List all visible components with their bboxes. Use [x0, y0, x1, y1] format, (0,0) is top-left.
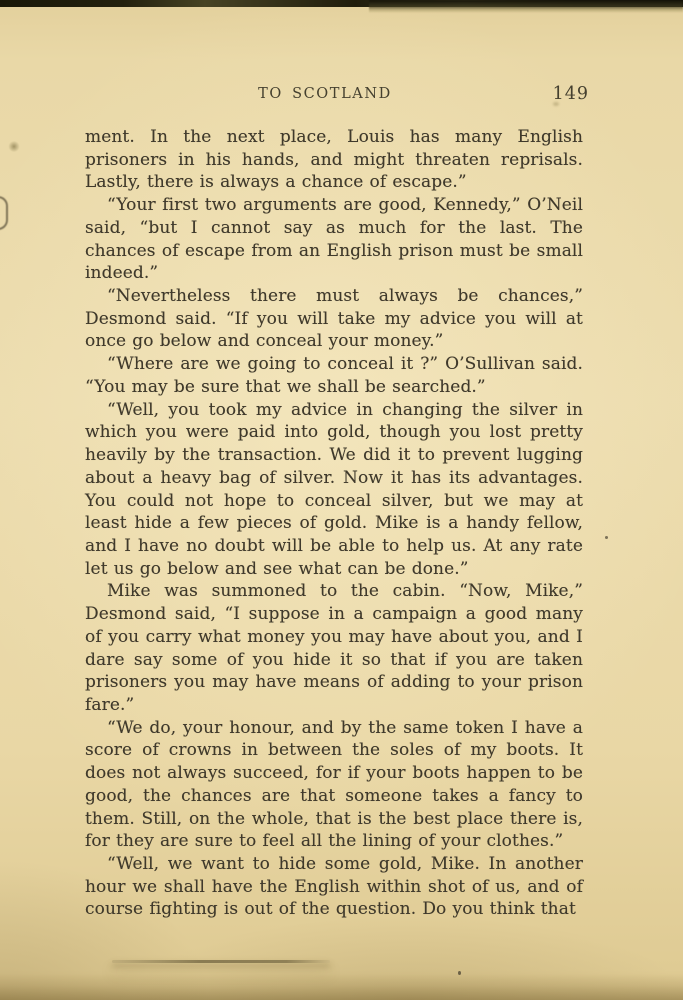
scan-bottom-shadow — [0, 974, 683, 1000]
paragraph: “Well, we want to hide some gold, Mike. … — [85, 853, 583, 921]
paragraph: “Nevertheless there must always be chanc… — [85, 285, 583, 353]
scan-edge-mark — [0, 196, 8, 230]
paragraph: “Your first two arguments are good, Kenn… — [85, 194, 583, 285]
scan-speckle — [553, 102, 559, 106]
page-title: TO SCOTLAND — [245, 86, 405, 102]
paragraph: ment. In the next place, Louis has many … — [85, 126, 583, 194]
paragraph: “We do, your honour, and by the same tok… — [85, 717, 583, 853]
scan-smudge-line — [112, 960, 330, 963]
body-text: ment. In the next place, Louis has many … — [85, 126, 583, 921]
paragraph: Mike was summoned to the cabin. “Now, Mi… — [85, 580, 583, 716]
scan-stain-spot — [8, 141, 20, 152]
scan-ink-dot — [605, 536, 608, 539]
page-number: 149 — [553, 84, 589, 104]
paragraph: “Where are we going to conceal it ?” O’S… — [85, 353, 583, 398]
running-header: TO SCOTLAND 149 — [0, 86, 683, 108]
scan-top-edge-shadow — [369, 0, 683, 13]
book-page-scan: TO SCOTLAND 149 ment. In the next place,… — [0, 0, 683, 1000]
paragraph: “Well, you took my advice in changing th… — [85, 399, 583, 581]
